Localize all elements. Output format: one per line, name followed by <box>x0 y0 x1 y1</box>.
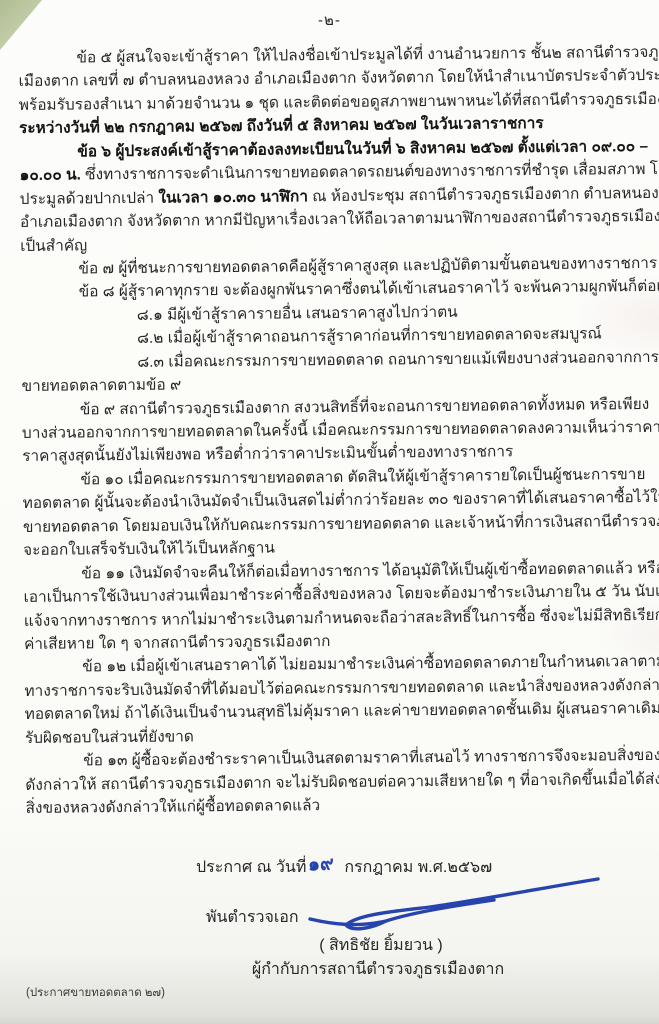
closing-section: ประกาศ ณ วันที่๑๙กรกฎาคม พ.ศ.๒๕๖๗ พันตำร… <box>0 0 659 1024</box>
signer-rank: พันตำรวจเอก <box>206 905 299 930</box>
footer-note: (ประกาศขายทอดตลาด ๒๗) <box>26 984 165 1002</box>
signature-ink <box>296 867 608 939</box>
signer-name: ( สิทธิชัย ยิ้มยวน ) <box>278 933 484 958</box>
scanned-document-page: -๒- ข้อ ๕ ผู้สนใจจะเข้าสู้ราคา ให้ไปลงชื… <box>0 0 659 1024</box>
signer-title: ผู้กำกับการสถานีตำรวจภูธรเมืองตาก <box>228 957 528 982</box>
announce-prefix: ประกาศ ณ วันที่ <box>196 859 306 876</box>
